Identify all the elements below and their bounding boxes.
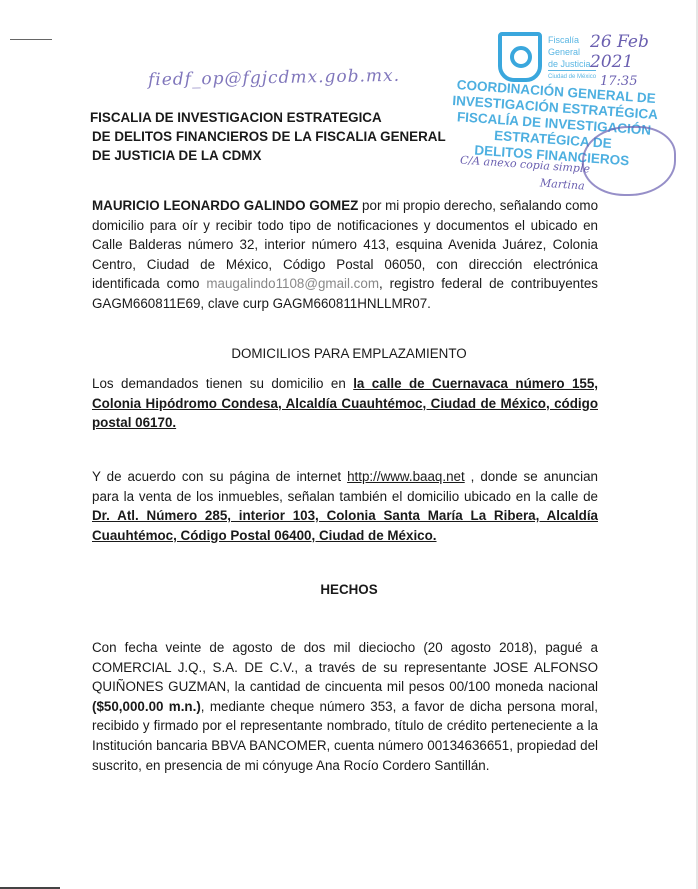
plaintiff-name: MAURICIO LEONARDO GALINDO GOMEZ bbox=[92, 198, 358, 213]
section-title-domicilios: DOMICILIOS PARA EMPLAZAMIENTO bbox=[0, 346, 698, 361]
hechos-paragraph: Con fecha veinte de agosto de dos mil di… bbox=[92, 638, 598, 775]
addressee-line: FISCALIA DE INVESTIGACION ESTRATEGICA bbox=[90, 108, 446, 127]
stamp-institution: Fiscalía General de Justicia Ciudad de M… bbox=[548, 34, 596, 83]
email-address: maugalindo1108@gmail.com bbox=[206, 276, 379, 291]
section-title-hechos: HECHOS bbox=[0, 582, 698, 597]
addressee-line: DE DELITOS FINANCIEROS DE LA FISCALIA GE… bbox=[90, 127, 446, 146]
addressee-block: FISCALIA DE INVESTIGACION ESTRATEGICA DE… bbox=[90, 108, 446, 165]
handwritten-email: fiedf_op@fgjcdmx.gob.mx. bbox=[148, 66, 400, 90]
scan-artifact bbox=[10, 39, 52, 40]
payment-amount: ($50,000.00 m.n.) bbox=[92, 699, 201, 714]
addressee-line: DE JUSTICIA DE LA CDMX bbox=[90, 146, 446, 165]
stamp-note-name: Martina bbox=[540, 176, 585, 192]
fgj-logo-icon bbox=[498, 32, 542, 82]
website-link[interactable]: http://www.baaq.net bbox=[347, 469, 465, 484]
website-paragraph: Y de acuerdo con su página de internet h… bbox=[92, 467, 598, 545]
document-page: fiedf_op@fgjcdmx.gob.mx. FISCALIA DE INV… bbox=[0, 0, 698, 889]
signature-mark bbox=[582, 126, 676, 196]
reception-stamp: Fiscalía General de Justicia Ciudad de M… bbox=[430, 28, 680, 203]
stamp-date: 26 Feb 2021 bbox=[590, 32, 680, 72]
domicilio-paragraph: Los demandados tienen su domicilio en la… bbox=[92, 374, 598, 433]
intro-paragraph: MAURICIO LEONARDO GALINDO GOMEZ por mi p… bbox=[92, 196, 598, 314]
second-address: Dr. Atl. Número 285, interior 103, Colon… bbox=[92, 508, 598, 543]
